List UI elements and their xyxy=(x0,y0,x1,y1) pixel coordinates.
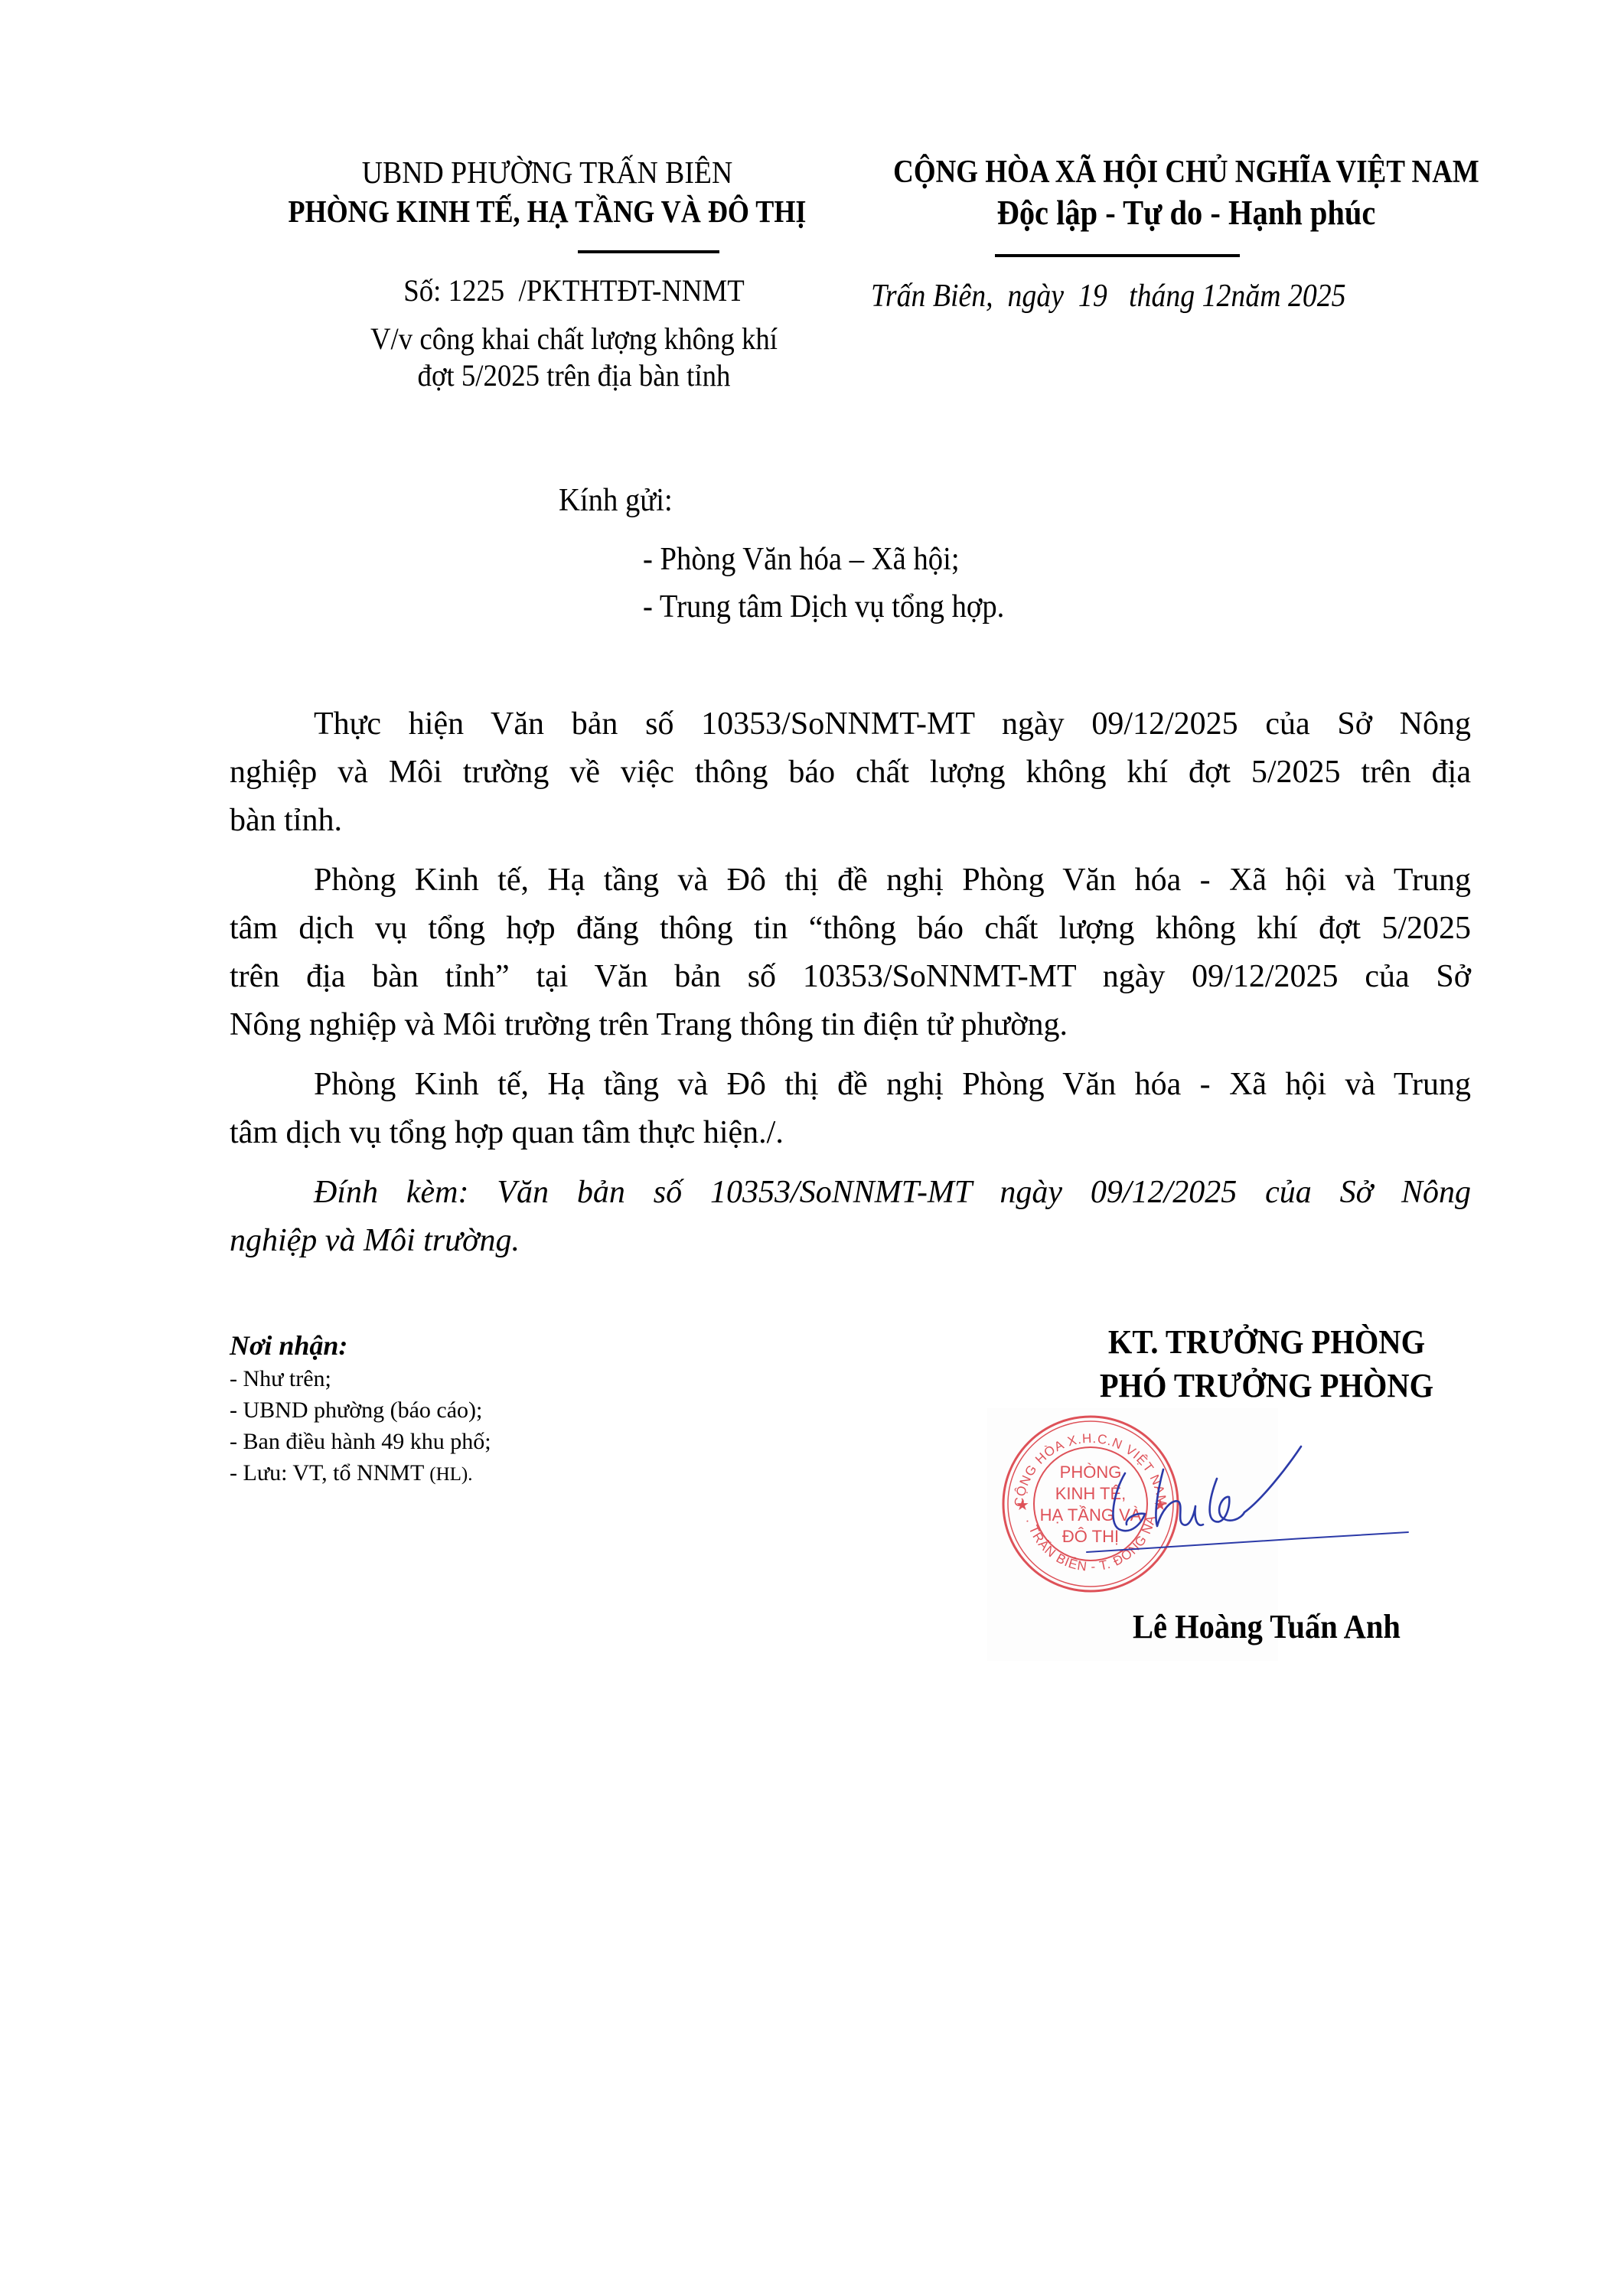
national-title-block: CỘNG HÒA XÃ HỘI CHỦ NGHĨA VIỆT NAM Độc l… xyxy=(850,153,1523,234)
signer-title-1: KT. TRƯỞNG PHÒNG xyxy=(1038,1320,1495,1364)
number-label: Số: xyxy=(403,273,441,308)
signature-title-block: KT. TRƯỞNG PHÒNG PHÓ TRƯỞNG PHÒNG xyxy=(1018,1320,1515,1407)
year-label: năm xyxy=(1231,279,1280,314)
header-left-underline xyxy=(578,250,719,253)
greeting: Kính gửi: xyxy=(559,482,673,519)
body-line: trên địa bàn tỉnh” tại Văn bản số 10353/… xyxy=(230,953,1471,1001)
recipient-item: - Trung tâm Dịch vụ tổng hợp. xyxy=(643,583,1004,631)
nation-name: CỘNG HÒA XÃ HỘI CHỦ NGHĨA VIỆT NAM xyxy=(890,153,1482,191)
body-line: tâm dịch vụ tổng hợp quan tâm thực hiện.… xyxy=(230,1109,1471,1157)
day-value: 19 xyxy=(1078,279,1107,314)
place: Trấn Biên, xyxy=(871,279,993,314)
body-paragraph-2: Phòng Kinh tế, Hạ tầng và Đô thị đề nghị… xyxy=(230,856,1471,1049)
department-name: PHÒNG KINH TẾ, HẠ TẦNG VÀ ĐÔ THỊ xyxy=(268,191,827,231)
subject-line-1: V/v công khai chất lượng không khí xyxy=(292,321,856,357)
place-and-date: Trấn Biên, ngày 19 tháng 12năm 2025 xyxy=(842,277,1492,315)
body-line: Thực hiện Văn bản số 10353/SoNNMT-MT ngà… xyxy=(230,700,1471,748)
recipient-item: - Phòng Văn hóa – Xã hội; xyxy=(643,536,1004,583)
distribution-title: Nơi nhận: xyxy=(230,1328,491,1363)
body-paragraph-3: Phòng Kinh tế, Hạ tầng và Đô thị đề nghị… xyxy=(230,1061,1471,1157)
year-value: 2025 xyxy=(1288,279,1346,314)
handwritten-signature xyxy=(1071,1439,1423,1569)
body-line: bàn tỉnh. xyxy=(230,797,1471,845)
number-value: 1225 xyxy=(448,273,505,308)
recipient-list: - Phòng Văn hóa – Xã hội; - Trung tâm Dị… xyxy=(643,536,1004,631)
issuing-authority-block: UBND PHƯỜNG TRẤN BIÊN PHÒNG KINH TẾ, HẠ … xyxy=(230,153,865,231)
month-label: tháng xyxy=(1129,279,1195,314)
month-value: 12 xyxy=(1202,279,1231,314)
body-line: Nông nghiệp và Môi trường trên Trang thô… xyxy=(230,1001,1471,1049)
distribution-item-archive: - Lưu: VT, tổ NNMT (HL). xyxy=(230,1457,491,1490)
day-label: ngày xyxy=(1008,279,1064,314)
attachment-note: Đính kèm: Văn bản số 10353/SoNNMT-MT ngà… xyxy=(230,1169,1471,1265)
signer-title-2: PHÓ TRƯỞNG PHÒNG xyxy=(1038,1364,1495,1407)
attachment-line: Đính kèm: Văn bản số 10353/SoNNMT-MT ngà… xyxy=(230,1169,1471,1217)
distribution-list: Nơi nhận: - Như trên; - UBND phường (báo… xyxy=(230,1328,491,1490)
distribution-item: - Ban điều hành 49 khu phố; xyxy=(230,1426,491,1457)
subject-line-2: đợt 5/2025 trên địa bàn tỉnh xyxy=(292,357,856,394)
archive-initials: (HL). xyxy=(429,1464,472,1485)
document-number-block: Số: 1225 /PKTHTĐT-NNMT V/v công khai chấ… xyxy=(268,272,880,394)
number-code: /PKTHTĐT-NNMT xyxy=(519,273,745,308)
header-right-underline xyxy=(995,254,1240,257)
distribution-item: - Như trên; xyxy=(230,1363,491,1394)
body-line: tâm dịch vụ tổng hợp đăng thông tin “thô… xyxy=(230,905,1471,953)
archive-text: - Lưu: VT, tổ NNMT xyxy=(230,1460,424,1486)
national-motto: Độc lập - Tự do - Hạnh phúc xyxy=(890,191,1482,234)
body-line: nghiệp và Môi trường về việc thông báo c… xyxy=(230,748,1471,797)
svg-text:★: ★ xyxy=(1016,1497,1029,1514)
distribution-item: - UBND phường (báo cáo); xyxy=(230,1394,491,1426)
document-number: Số: 1225 /PKTHTĐT-NNMT xyxy=(292,272,856,310)
body-line: Phòng Kinh tế, Hạ tầng và Đô thị đề nghị… xyxy=(230,856,1471,905)
body-line: Phòng Kinh tế, Hạ tầng và Đô thị đề nghị… xyxy=(230,1061,1471,1109)
attachment-line: nghiệp và Môi trường. xyxy=(230,1217,1471,1265)
authority-name: UBND PHƯỜNG TRẤN BIÊN xyxy=(255,153,840,191)
document-body: Thực hiện Văn bản số 10353/SoNNMT-MT ngà… xyxy=(230,700,1471,1277)
body-paragraph-1: Thực hiện Văn bản số 10353/SoNNMT-MT ngà… xyxy=(230,700,1471,845)
signer-name: Lê Hoàng Tuấn Anh xyxy=(1038,1607,1495,1646)
